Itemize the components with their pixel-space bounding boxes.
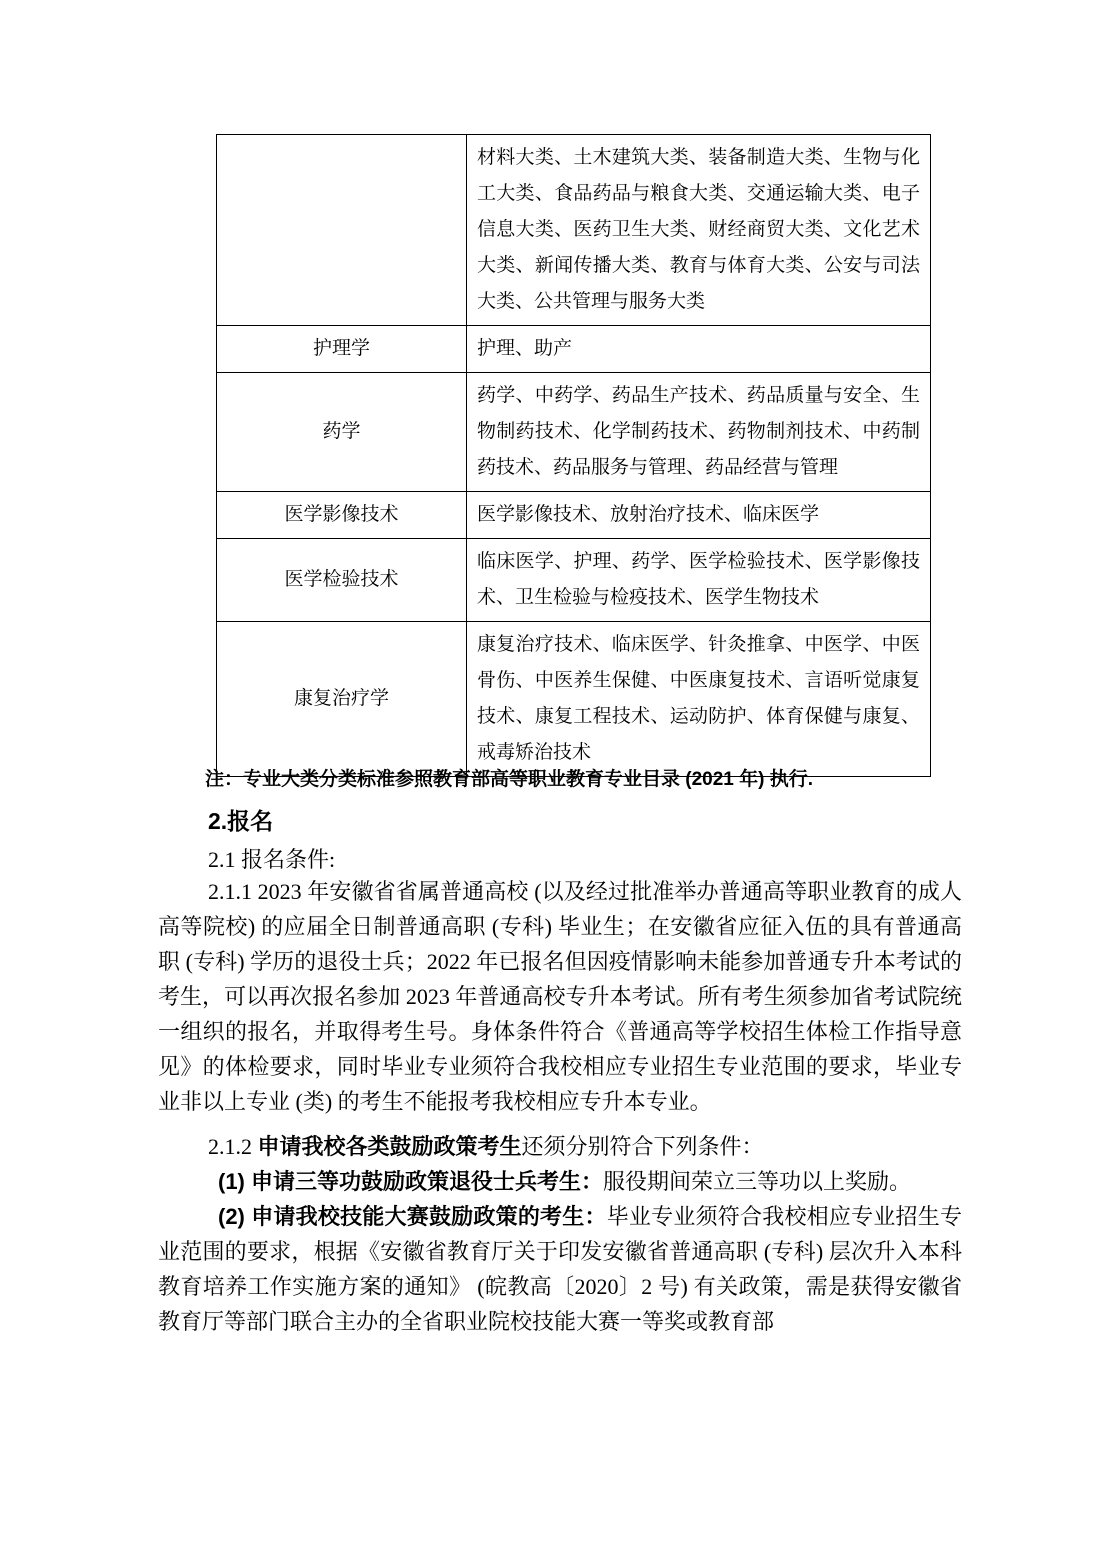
table-row: 护理学 护理、助产 (217, 326, 931, 373)
majors-text: 材料大类、土木建筑大类、装备制造大类、生物与化工大类、食品药品与粮食大类、交通运… (477, 147, 920, 312)
majors-cell: 护理、助产 (467, 326, 931, 373)
majors-cell: 康复治疗技术、临床医学、针灸推拿、中医学、中医骨伤、中医养生保健、中医康复技术、… (467, 622, 931, 777)
paragraph-2-1-1: 2.1.1 2023 年安徽省省属普通高校 (以及经过批准举办普通高等职业教育的… (158, 874, 962, 1119)
majors-text: 医学影像技术、放射治疗技术、临床医学 (477, 504, 819, 525)
majors-cell: 材料大类、土木建筑大类、装备制造大类、生物与化工大类、食品药品与粮食大类、交通运… (467, 135, 931, 326)
table-row: 药学 药学、中药学、药品生产技术、药品质量与安全、生物制药技术、化学制药技术、药… (217, 373, 931, 492)
body-text-column: 2.1.1 2023 年安徽省省属普通高校 (以及经过批准举办普通高等职业教育的… (158, 874, 962, 1339)
list-item-1-text: 服役期间荣立三等功以上奖励。 (603, 1169, 911, 1194)
section-heading-registration: 2.报名 (208, 804, 273, 838)
category-cell: 康复治疗学 (217, 622, 467, 777)
list-item-2-bold-label: (2) 申请我校技能大赛鼓励政策的考生： (218, 1204, 607, 1229)
major-categories-table: 材料大类、土木建筑大类、装备制造大类、生物与化工大类、食品药品与粮食大类、交通运… (216, 134, 931, 777)
list-item-1: (1) 申请三等功鼓励政策退役士兵考生：服役期间荣立三等功以上奖励。 (158, 1164, 962, 1199)
table-footnote: 注：专业大类分类标准参照教育部高等职业教育专业目录 (2021 年) 执行. (158, 763, 1018, 797)
subsection-heading-conditions: 2.1 报名条件: (208, 843, 335, 877)
category-label: 医学检验技术 (284, 569, 398, 590)
majors-cell: 药学、中药学、药品生产技术、药品质量与安全、生物制药技术、化学制药技术、药物制剂… (467, 373, 931, 492)
category-cell: 药学 (217, 373, 467, 492)
paragraph-2-1-2-rest: 还须分别符合下列条件： (522, 1134, 764, 1159)
category-label: 护理学 (313, 338, 370, 359)
category-label: 药学 (322, 421, 360, 442)
category-cell (217, 135, 467, 326)
list-item-2: (2) 申请我校技能大赛鼓励政策的考生：毕业专业须符合我校相应专业招生专业范围的… (158, 1199, 962, 1339)
category-label: 康复治疗学 (294, 688, 389, 709)
category-cell: 护理学 (217, 326, 467, 373)
majors-text: 康复治疗技术、临床医学、针灸推拿、中医学、中医骨伤、中医养生保健、中医康复技术、… (477, 634, 920, 763)
majors-text: 临床医学、护理、药学、医学检验技术、医学影像技术、卫生检验与检疫技术、医学生物技… (477, 551, 920, 608)
table-row: 材料大类、土木建筑大类、装备制造大类、生物与化工大类、食品药品与粮食大类、交通运… (217, 135, 931, 326)
document-page: 材料大类、土木建筑大类、装备制造大类、生物与化工大类、食品药品与粮食大类、交通运… (0, 0, 1102, 1559)
list-item-1-bold-label: (1) 申请三等功鼓励政策退役士兵考生： (218, 1169, 603, 1194)
table-row: 医学影像技术 医学影像技术、放射治疗技术、临床医学 (217, 492, 931, 539)
category-cell: 医学影像技术 (217, 492, 467, 539)
majors-cell: 临床医学、护理、药学、医学检验技术、医学影像技术、卫生检验与检疫技术、医学生物技… (467, 539, 931, 622)
table-row: 医学检验技术 临床医学、护理、药学、医学检验技术、医学影像技术、卫生检验与检疫技… (217, 539, 931, 622)
majors-text: 护理、助产 (477, 338, 572, 359)
category-label: 医学影像技术 (284, 504, 398, 525)
paragraph-2-1-2-number: 2.1.2 (208, 1134, 258, 1159)
paragraph-2-1-2: 2.1.2 申请我校各类鼓励政策考生还须分别符合下列条件： (158, 1129, 962, 1164)
category-cell: 医学检验技术 (217, 539, 467, 622)
majors-cell: 医学影像技术、放射治疗技术、临床医学 (467, 492, 931, 539)
table-row: 康复治疗学 康复治疗技术、临床医学、针灸推拿、中医学、中医骨伤、中医养生保健、中… (217, 622, 931, 777)
majors-text: 药学、中药学、药品生产技术、药品质量与安全、生物制药技术、化学制药技术、药物制剂… (477, 385, 920, 478)
paragraph-2-1-2-bold-label: 申请我校各类鼓励政策考生 (258, 1134, 522, 1159)
